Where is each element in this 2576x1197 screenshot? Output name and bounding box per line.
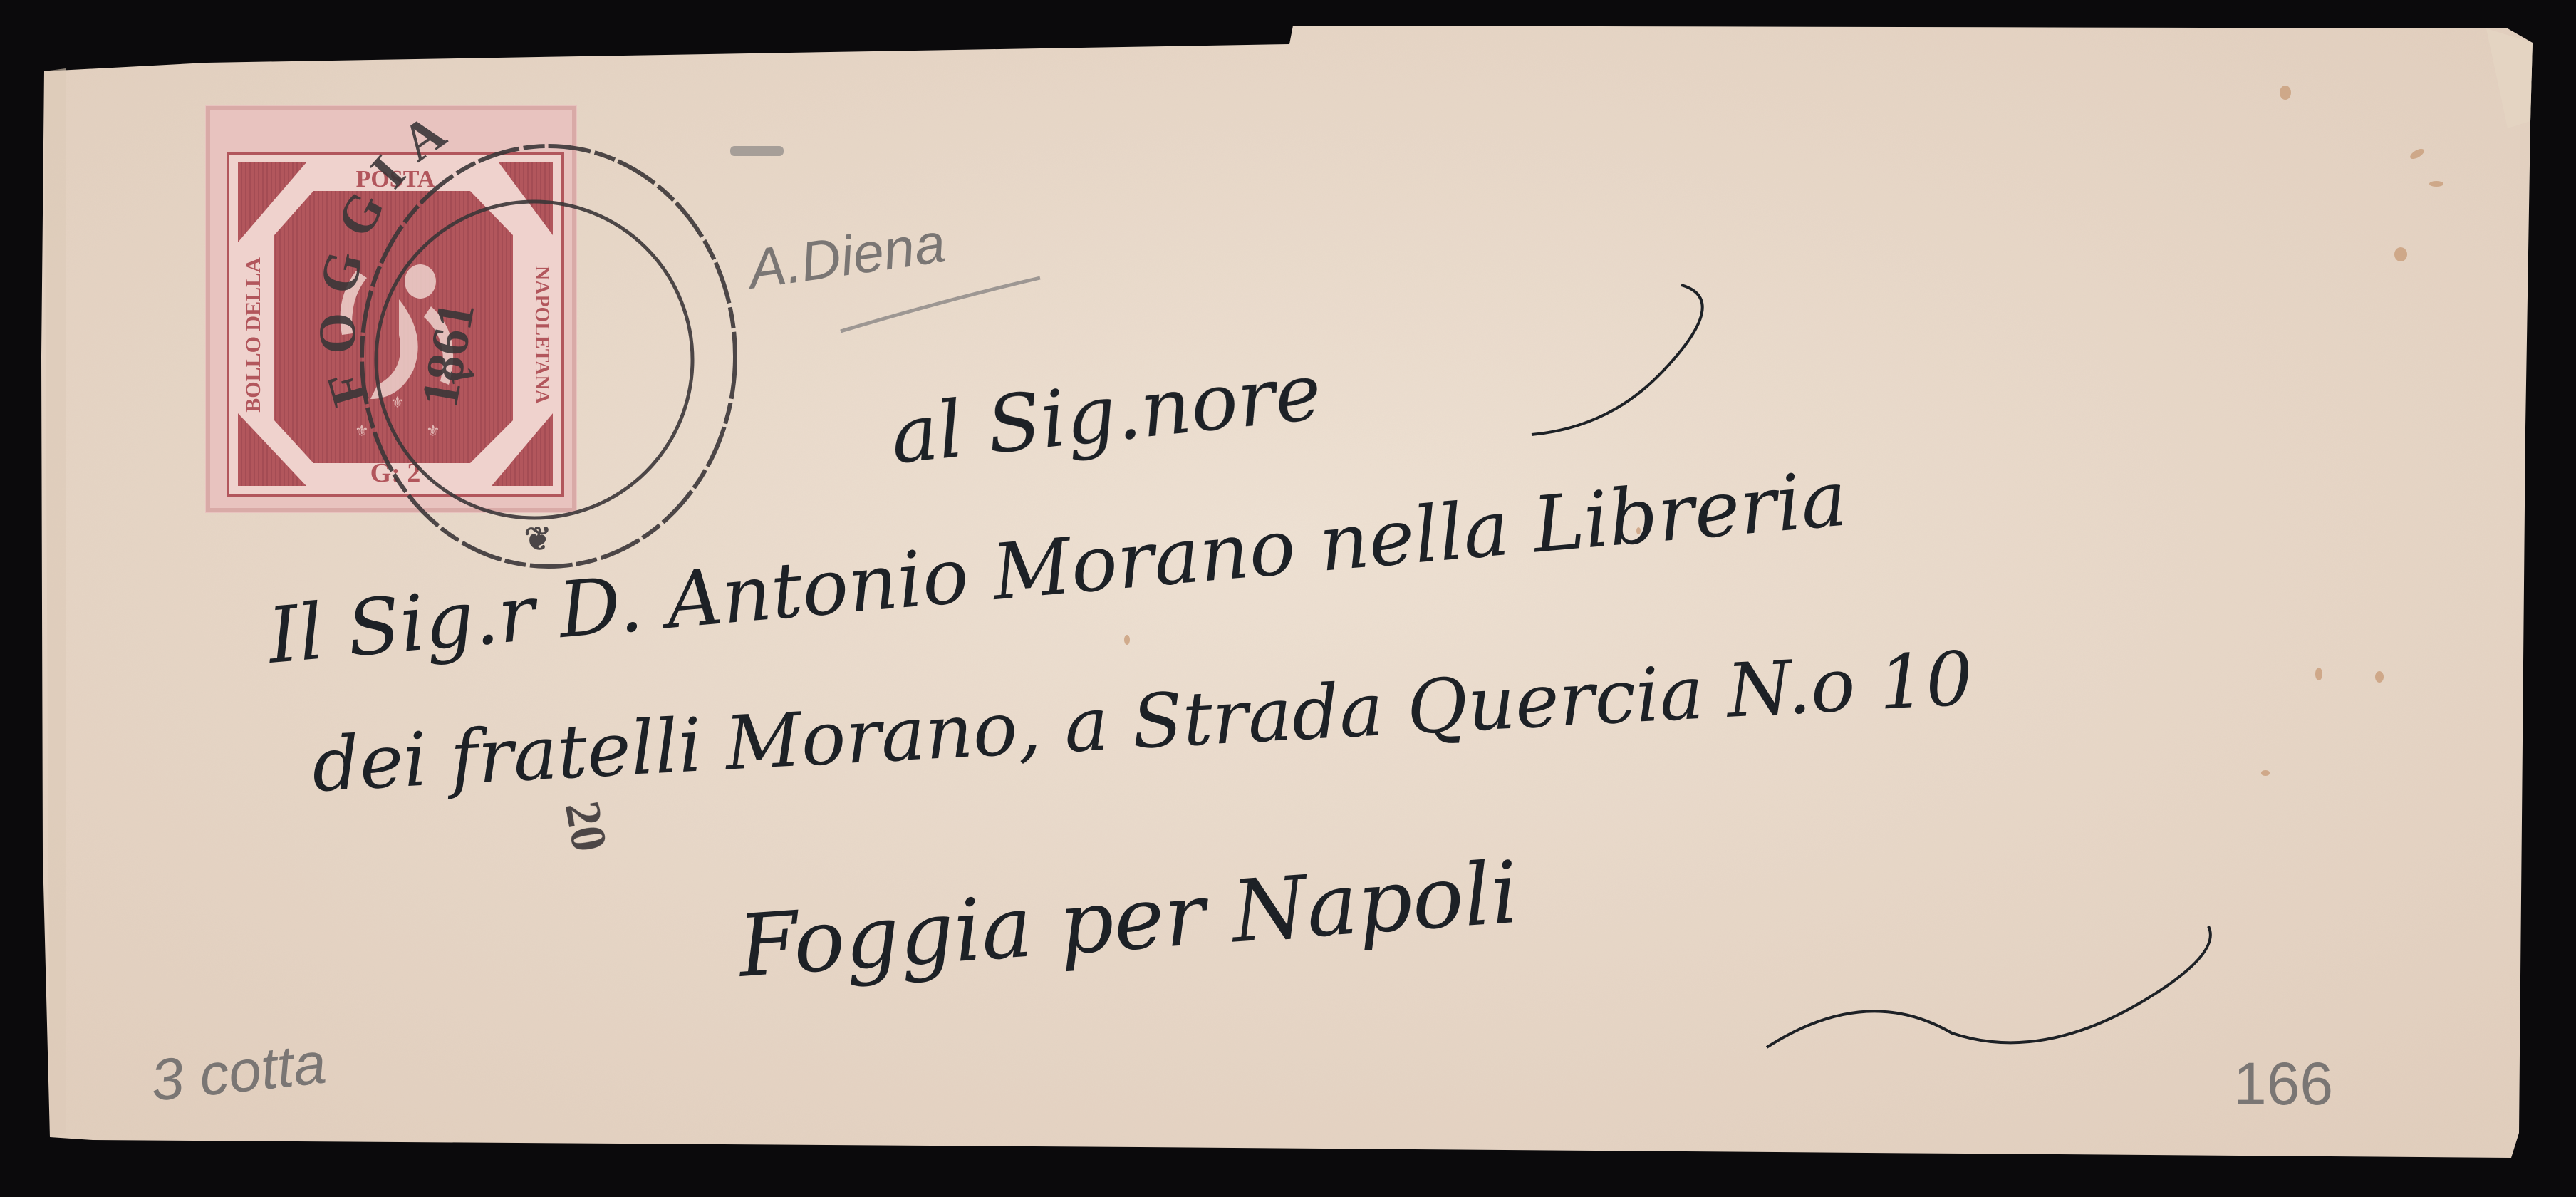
svg-text:⚜: ⚜ <box>426 423 440 440</box>
cover-scene: ⚜ ⚜ ⚜ POSTA BOLLO DELLA NAPOLETANA G: 2 … <box>0 0 2576 1197</box>
postmark-ornament: ❦ <box>524 521 552 557</box>
svg-text:⚜: ⚜ <box>390 394 405 412</box>
pencil-dash <box>730 146 784 156</box>
pencil-catalog-number: 166 <box>2233 1050 2333 1117</box>
postmark-day: 20 <box>554 797 617 856</box>
stamp-left-text: BOLLO DELLA <box>241 257 265 413</box>
svg-text:⚜: ⚜ <box>355 423 369 440</box>
stamp-right-text: NAPOLETANA <box>531 266 553 405</box>
